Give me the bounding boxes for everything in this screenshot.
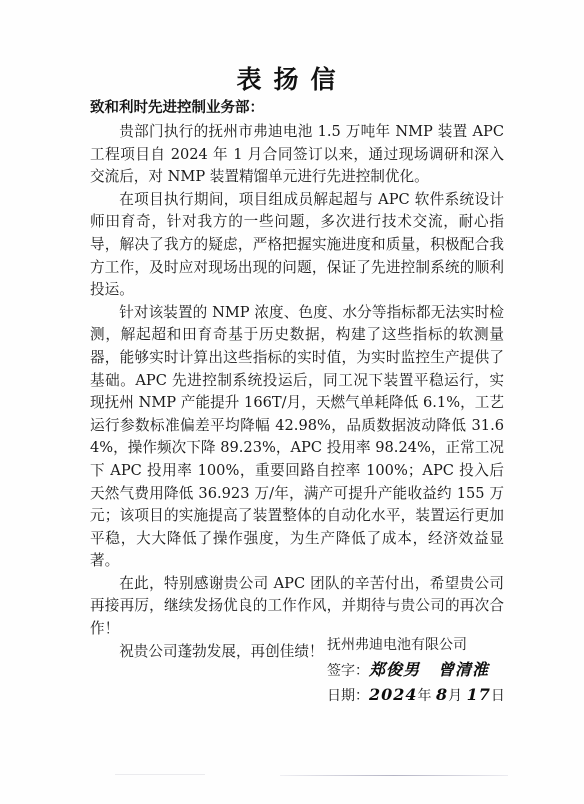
year-unit: 年: [418, 688, 432, 704]
paragraph-thanks: 在此，特别感谢贵公司 APC 团队的辛苦付出，希望贵公司再接再厉，继续发扬优良的…: [90, 573, 504, 641]
paragraph-intro: 贵部门执行的抚州市弗迪电池 1.5 万吨年 NMP 装置 APC 工程项目自 2…: [90, 121, 504, 189]
handwritten-day: 17: [467, 685, 491, 704]
date-label: 日期：: [327, 688, 369, 704]
scan-artifact-line: [115, 774, 205, 775]
sign-label: 签字：: [327, 663, 369, 679]
handwritten-signature-2: 曾清淮: [438, 660, 489, 679]
letter-page: 表扬信 致和利时先进控制业务部： 贵部门执行的抚州市弗迪电池 1.5 万吨年 N…: [0, 0, 584, 804]
day-unit: 日: [491, 688, 505, 704]
letter-title: 表扬信: [0, 64, 584, 96]
signature-line: 签字：郑俊男曾清淮: [327, 658, 505, 684]
paragraph-results: 针对该装置的 NMP 浓度、色度、水分等指标都无法实时检测，解起超和田育奇基于历…: [90, 302, 504, 573]
handwritten-month: 8: [436, 685, 448, 704]
date-line: 日期：2024年 8月 17日: [327, 683, 505, 709]
company-name: 抚州弗迪电池有限公司: [327, 633, 505, 658]
scan-artifact-line: [280, 775, 508, 776]
letter-body: 贵部门执行的抚州市弗迪电池 1.5 万吨年 NMP 装置 APC 工程项目自 2…: [90, 121, 504, 663]
signature-block: 抚州弗迪电池有限公司 签字：郑俊男曾清淮 日期：2024年 8月 17日: [327, 633, 505, 709]
salutation: 致和利时先进控制业务部：: [90, 97, 264, 119]
month-unit: 月: [448, 688, 462, 704]
handwritten-year: 2024: [369, 685, 418, 704]
handwritten-signature-1: 郑俊男: [369, 660, 420, 679]
paragraph-team-praise: 在项目执行期间，项目组成员解起超与 APC 软件系统设计师田育奇，针对我方的一些…: [90, 189, 504, 302]
